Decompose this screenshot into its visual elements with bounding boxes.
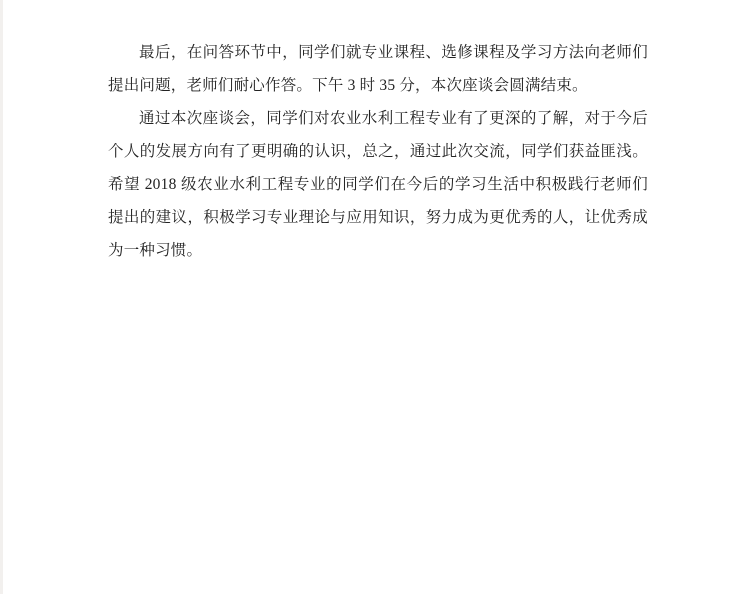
document-page: 最后，在问答环节中，同学们就专业课程、选修课程及学习方法向老师们提出问题，老师们… <box>108 36 648 267</box>
paragraph-qa-session: 最后，在问答环节中，同学们就专业课程、选修课程及学习方法向老师们提出问题，老师们… <box>108 36 648 102</box>
document-viewport: 最后，在问答环节中，同学们就专业课程、选修课程及学习方法向老师们提出问题，老师们… <box>0 0 750 594</box>
paragraph-summary: 通过本次座谈会，同学们对农业水利工程专业有了更深的了解，对于今后个人的发展方向有… <box>108 102 648 267</box>
page-left-edge <box>0 0 3 594</box>
